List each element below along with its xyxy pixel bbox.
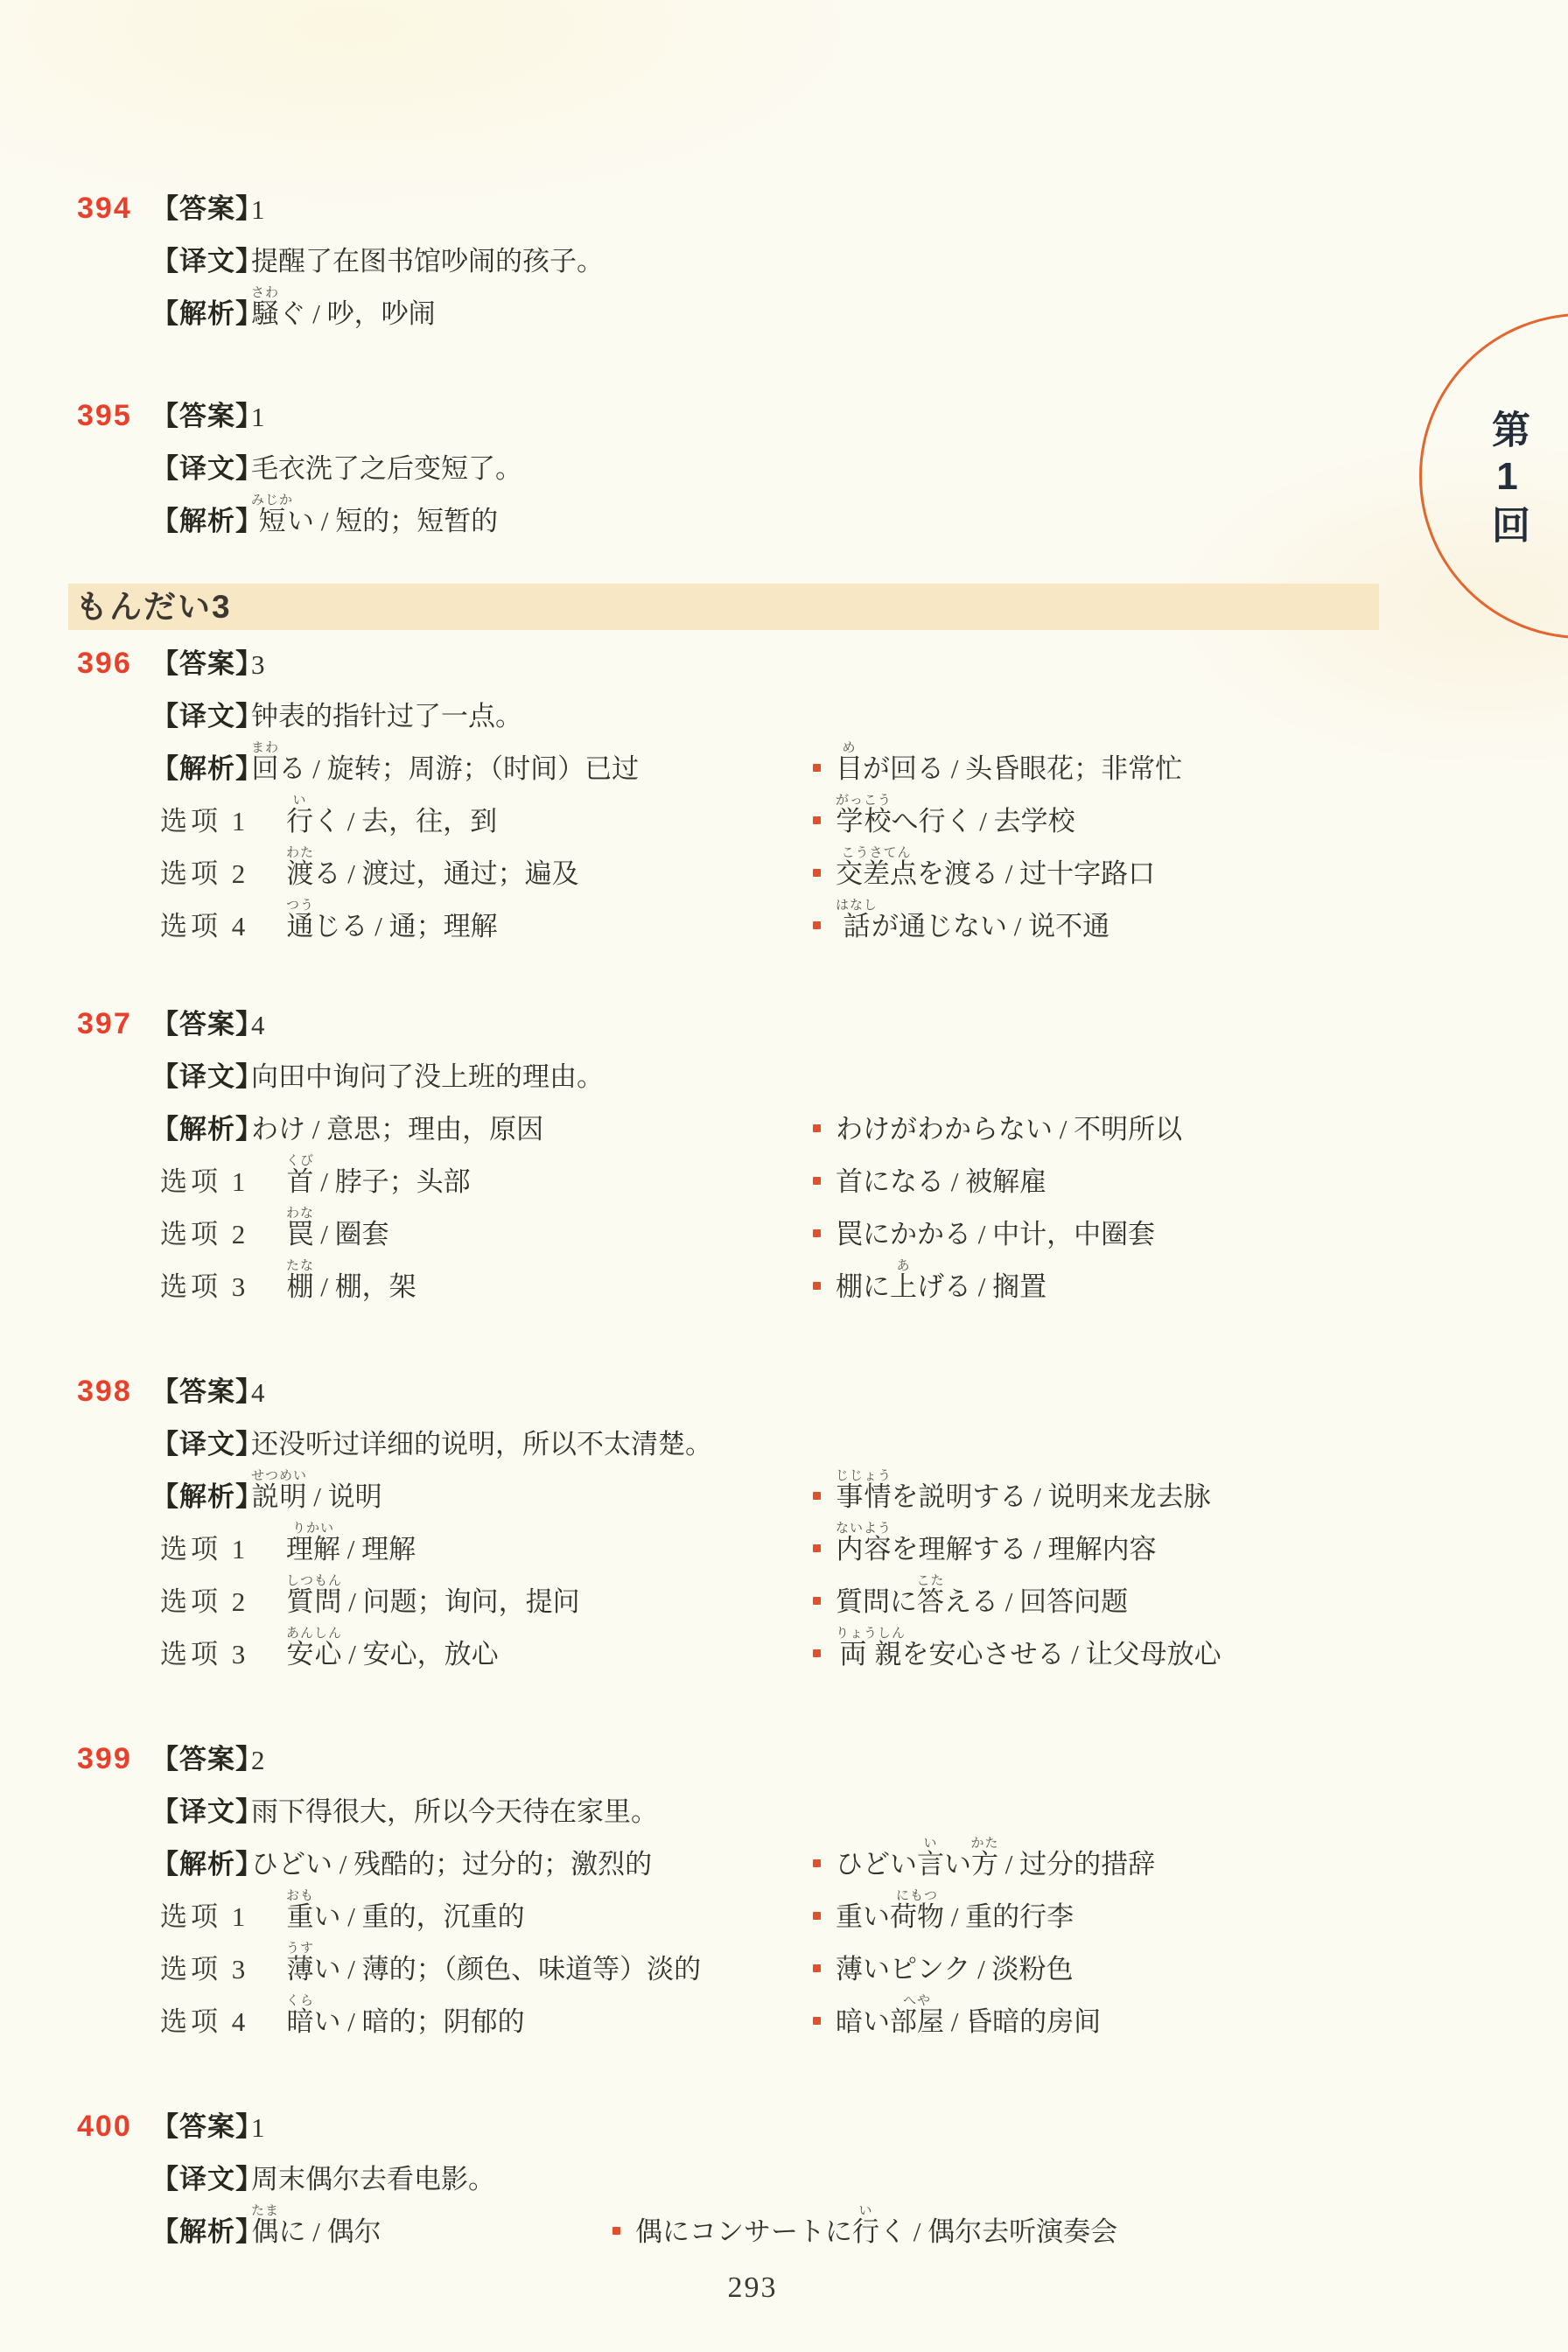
furigana: わた: [286, 845, 314, 860]
furigana: りかい: [286, 1521, 340, 1536]
cn-translation: 雨下得很大，所以今天待在家里。: [251, 1789, 658, 1829]
option-row: 选项 1理解りかい / 理解内容ないようを理解する / 理解内容: [0, 1531, 1568, 1566]
ruby-base: 方: [971, 1849, 999, 1879]
text-segment: わけがわからない / 不明所以: [836, 1114, 1182, 1144]
text-segment: ぐ / 吵，吵闹: [279, 298, 436, 329]
text-segment: じる / 通；理解: [314, 911, 498, 941]
answer-row: 400【答案】1: [0, 2109, 1568, 2144]
question-number: 397: [77, 1007, 132, 1041]
row-label: 【译文】: [151, 1789, 263, 1829]
ruby-word: 荷物にもつ: [890, 1901, 944, 1932]
row-label: 【答案】: [151, 186, 263, 226]
text-segment: い / 重的，沉重的: [314, 1901, 525, 1932]
row-label: 选项 4: [160, 904, 248, 943]
text-segment: を理解する / 理解内容: [892, 1534, 1157, 1564]
text-segment: に / 偶尔: [279, 2216, 381, 2247]
text-segment: / 圈套: [314, 1219, 389, 1249]
ruby-base: 行: [286, 806, 313, 836]
text-segment: わけ / 意思；理由，原因: [251, 1114, 543, 1144]
furigana: わな: [286, 1206, 314, 1221]
cn-translation: 向田中询问了没上班的理由。: [251, 1054, 604, 1094]
row-label: 【答案】: [151, 1002, 263, 1041]
ruby-word: 通つう: [286, 911, 314, 941]
example-expression: 暗い部屋へや / 昏暗的房间: [813, 1993, 1101, 2039]
row-label: 选项 1: [160, 1159, 248, 1199]
translation-row: 【译文】提醒了在图书馆吵闹的孩子。: [0, 243, 1568, 278]
question-number: 400: [77, 2110, 132, 2144]
ruby-word: 理解りかい: [286, 1534, 340, 1564]
text-segment: 棚に: [836, 1271, 890, 1302]
example-expression: 偶にコンサートに行いく / 偶尔去听演奏会: [612, 2203, 1117, 2249]
text-segment: / 问题；询问，提问: [342, 1586, 580, 1617]
example-expression: 学校がっこうへ行く / 去学校: [813, 793, 1075, 838]
row-label: 选项 3: [160, 1947, 248, 1986]
furigana: たま: [251, 2203, 279, 2218]
option-row: 选项 3棚たな / 棚，架棚に上あげる / 搁置: [0, 1269, 1568, 1304]
text-segment: / 理解: [340, 1534, 416, 1564]
furigana: い: [852, 2203, 879, 2218]
jp-expression: 回まわる / 旋转；周游；（时间）已过: [251, 740, 639, 786]
question-number: 395: [77, 399, 132, 433]
ruby-word: 行い: [286, 806, 313, 836]
row-label: 【解析】: [151, 1107, 263, 1146]
translation-row: 【译文】周末偶尔去看电影。: [0, 2161, 1568, 2196]
text-segment: い / 短的；短暂的: [287, 506, 498, 536]
ruby-word: 首くび: [286, 1166, 314, 1197]
ruby-word: 罠わな: [286, 1219, 314, 1249]
answer-value: 2: [251, 1745, 265, 1776]
ruby-word: 暗くら: [286, 2006, 314, 2037]
ruby-word: 渡わた: [286, 858, 314, 889]
row-label: 【解析】: [151, 1474, 263, 1514]
ruby-word: 行い: [852, 2216, 879, 2247]
answer-value: 1: [251, 194, 265, 226]
text-segment: 首になる / 被解雇: [836, 1166, 1046, 1197]
row-label: 选项 3: [160, 1264, 248, 1304]
furigana: へや: [890, 1993, 944, 2008]
ruby-word: 上あ: [890, 1271, 917, 1302]
text-segment: を渡る / 过十字路口: [917, 858, 1155, 889]
row-label: 【解析】: [151, 1842, 263, 1881]
ruby-word: 説明せつめい: [251, 1481, 307, 1512]
jp-expression: 行いく / 去，往，到: [286, 793, 497, 838]
ruby-base: 行: [852, 2216, 879, 2247]
text-segment: を安心させる / 让父母放心: [902, 1639, 1221, 1669]
row-label: 选项 1: [160, 1894, 248, 1934]
translation-row: 【译文】钟表的指针过了一点。: [0, 698, 1568, 733]
jp-expression: 短みじかい / 短的；短暂的: [251, 493, 498, 538]
example-expression: 内容ないようを理解する / 理解内容: [813, 1521, 1157, 1566]
jp-expression: ひどい / 残酷的；过分的；激烈的: [251, 1842, 652, 1881]
ruby-word: 内容ないよう: [836, 1534, 892, 1564]
text-segment: い: [944, 1849, 971, 1879]
ruby-word: 部屋へや: [890, 2006, 944, 2037]
question-number: 398: [77, 1375, 132, 1409]
translation-row: 【译文】向田中询问了没上班的理由。: [0, 1059, 1568, 1094]
jp-expression: 騒さわぐ / 吵，吵闹: [251, 285, 436, 331]
ruby-base: 首: [286, 1166, 314, 1197]
row-label: 【答案】: [151, 2104, 263, 2144]
answer-value: 1: [251, 402, 265, 433]
example-expression: わけがわからない / 不明所以: [813, 1107, 1182, 1146]
ruby-base: 上: [890, 1271, 917, 1302]
page-number: 293: [665, 2271, 840, 2305]
ruby-word: 方かた: [971, 1849, 998, 1879]
example-expression: ひどい言いい方かた / 过分的措辞: [813, 1836, 1155, 1881]
analysis-row: 【解析】偶たまに / 偶尔偶にコンサートに行いく / 偶尔去听演奏会: [0, 2214, 1568, 2249]
furigana: たな: [286, 1258, 314, 1273]
answer-value: 1: [251, 2112, 265, 2144]
book-page: もんだい3 394【答案】1【译文】提醒了在图书馆吵闹的孩子。【解析】騒さわぐ …: [0, 0, 1568, 2352]
example-expression: 両親りょうしんを安心させる / 让父母放心: [813, 1626, 1221, 1671]
row-label: 选项 2: [160, 851, 248, 891]
cn-translation: 提醒了在图书馆吵闹的孩子。: [251, 239, 604, 278]
text-segment: げる / 搁置: [917, 1271, 1046, 1302]
ruby-base: 学校: [836, 806, 892, 836]
example-expression: 棚に上あげる / 搁置: [813, 1258, 1046, 1304]
question-number: 399: [77, 1742, 132, 1776]
row-label: 【译文】: [151, 239, 263, 278]
row-label: 【译文】: [151, 694, 263, 733]
option-row: 选项 2渡わたる / 渡过，通过；遍及交差点こうさてんを渡る / 过十字路口: [0, 856, 1568, 891]
example-expression: 薄いピンク / 淡粉色: [813, 1947, 1074, 1986]
jp-expression: 渡わたる / 渡过，通过；遍及: [286, 845, 579, 891]
example-expression: 質問に答こたえる / 回答问题: [813, 1573, 1128, 1619]
row-label: 选项 2: [160, 1212, 248, 1251]
analysis-row: 【解析】短みじかい / 短的；短暂的: [0, 503, 1568, 538]
option-row: 选项 4暗くらい / 暗的；阴郁的暗い部屋へや / 昏暗的房间: [0, 2004, 1568, 2039]
row-label: 【译文】: [151, 2157, 263, 2196]
example-expression: 首になる / 被解雇: [813, 1159, 1046, 1199]
round-number-badge-label: 第1回: [1479, 409, 1535, 550]
text-segment: える / 回答问题: [944, 1586, 1128, 1617]
row-label: 【答案】: [151, 641, 263, 681]
ruby-base: 両親: [836, 1639, 906, 1669]
jp-expression: 安心あんしん / 安心，放心: [286, 1626, 499, 1671]
answer-row: 395【答案】1: [0, 398, 1568, 433]
example-expression: 交差点こうさてんを渡る / 过十字路口: [813, 845, 1155, 891]
text-segment: / 棚，架: [314, 1271, 416, 1302]
ruby-base: 交差点: [836, 858, 917, 889]
answer-value: 4: [251, 1010, 265, 1041]
row-label: 选项 1: [160, 1527, 248, 1566]
furigana: みじか: [251, 493, 293, 507]
jp-expression: 罠わな / 圈套: [286, 1206, 389, 1251]
ruby-base: 通: [286, 911, 314, 941]
option-row: 选项 3安心あんしん / 安心，放心両親りょうしんを安心させる / 让父母放心: [0, 1636, 1568, 1671]
ruby-base: 事情: [836, 1481, 892, 1512]
analysis-row: 【解析】説明せつめい / 说明事情じじょうを説明する / 说明来龙去脉: [0, 1479, 1568, 1514]
text-segment: / 昏暗的房间: [944, 2006, 1101, 2037]
ruby-base: 答: [917, 1586, 945, 1617]
ruby-word: 目め: [836, 753, 863, 784]
cn-translation: 还没听过详细的说明，所以不太清楚。: [251, 1422, 712, 1461]
example-expression: 事情じじょうを説明する / 说明来龙去脉: [813, 1468, 1211, 1514]
row-label: 【译文】: [151, 446, 263, 486]
ruby-word: 騒さわ: [251, 298, 279, 329]
furigana: あんしん: [286, 1626, 342, 1641]
ruby-word: 棚たな: [286, 1271, 314, 1302]
text-segment: い / 暗的；阴郁的: [314, 2006, 525, 2037]
analysis-row: 【解析】騒さわぐ / 吵，吵闹: [0, 296, 1568, 331]
furigana: りょうしん: [836, 1626, 906, 1641]
text-segment: く / 去，往，到: [313, 806, 497, 836]
ruby-base: 理解: [286, 1534, 340, 1564]
jp-expression: 棚たな / 棚，架: [286, 1258, 416, 1304]
ruby-word: 薄うす: [286, 1954, 314, 1984]
ruby-word: 質問しつもん: [286, 1586, 342, 1617]
furigana: あ: [890, 1258, 917, 1273]
question-number: 396: [77, 647, 132, 681]
row-label: 【解析】: [151, 291, 263, 331]
jp-expression: 説明せつめい / 说明: [251, 1468, 382, 1514]
ruby-base: 棚: [286, 1271, 314, 1302]
furigana: かた: [971, 1836, 999, 1851]
translation-row: 【译文】还没听过详细的说明，所以不太清楚。: [0, 1426, 1568, 1461]
example-expression: 話はなしが通じない / 说不通: [813, 898, 1109, 943]
ruby-word: 話はなし: [836, 911, 871, 941]
furigana: じじょう: [836, 1468, 892, 1483]
row-label: 【答案】: [151, 1737, 263, 1776]
example-expression: 重い荷物にもつ / 重的行李: [813, 1888, 1074, 1934]
ruby-base: 内容: [836, 1534, 892, 1564]
text-segment: が回る / 头昏眼花；非常忙: [863, 753, 1182, 784]
answer-row: 397【答案】4: [0, 1006, 1568, 1041]
jp-expression: 薄うすい / 薄的；（颜色、味道等）淡的: [286, 1941, 701, 1986]
text-segment: を説明する / 说明来龙去脉: [892, 1481, 1211, 1512]
jp-expression: 理解りかい / 理解: [286, 1521, 416, 1566]
row-label: 选项 4: [160, 1999, 248, 2039]
ruby-word: 答こた: [917, 1586, 944, 1617]
section-header-label: もんだい3: [75, 584, 232, 630]
text-segment: が通じない / 说不通: [871, 911, 1109, 941]
ruby-word: 交差点こうさてん: [836, 858, 917, 889]
cn-translation: 钟表的指针过了一点。: [251, 694, 522, 733]
text-segment: 罠にかかる / 中计，中圈套: [836, 1219, 1155, 1249]
text-segment: 薄いピンク / 淡粉色: [836, 1954, 1074, 1984]
jp-expression: 偶たまに / 偶尔: [251, 2203, 381, 2249]
row-label: 选项 2: [160, 1579, 248, 1619]
ruby-base: 渡: [286, 858, 314, 889]
row-label: 选项 3: [160, 1632, 248, 1671]
row-label: 选项 1: [160, 799, 248, 838]
option-row: 选项 4通つうじる / 通；理解話はなしが通じない / 说不通: [0, 908, 1568, 943]
row-label: 【解析】: [151, 499, 263, 538]
ruby-word: 重おも: [286, 1901, 314, 1932]
option-row: 选项 2罠わな / 圈套罠にかかる / 中计，中圈套: [0, 1216, 1568, 1251]
ruby-base: 部屋: [890, 2006, 944, 2037]
answer-row: 399【答案】2: [0, 1741, 1568, 1776]
jp-expression: 通つうじる / 通；理解: [286, 898, 498, 943]
furigana: まわ: [251, 740, 279, 755]
ruby-word: 偶たま: [251, 2216, 279, 2247]
ruby-base: 騒: [251, 298, 279, 329]
text-segment: / 说明: [307, 1481, 382, 1512]
text-segment: ひどい / 残酷的；过分的；激烈的: [251, 1849, 652, 1879]
row-label: 【译文】: [151, 1422, 263, 1461]
text-segment: / 重的行李: [944, 1901, 1074, 1932]
ruby-base: 質問: [286, 1586, 342, 1617]
text-segment: 重い: [836, 1901, 890, 1932]
ruby-word: 短みじか: [251, 506, 287, 536]
furigana: しつもん: [286, 1573, 342, 1588]
ruby-base: 回: [251, 753, 279, 784]
option-row: 选项 1重おもい / 重的，沉重的重い荷物にもつ / 重的行李: [0, 1899, 1568, 1934]
translation-row: 【译文】雨下得很大，所以今天待在家里。: [0, 1794, 1568, 1829]
ruby-word: 言い: [917, 1849, 944, 1879]
text-segment: 質問に: [836, 1586, 917, 1617]
jp-expression: 重おもい / 重的，沉重的: [286, 1888, 525, 1934]
furigana: め: [836, 740, 863, 755]
text-segment: く / 偶尔去听演奏会: [879, 2216, 1117, 2247]
text-segment: 暗い: [836, 2006, 890, 2037]
text-segment: る / 渡过，通过；遍及: [314, 858, 579, 889]
jp-expression: 首くび / 脖子；头部: [286, 1153, 471, 1199]
furigana: くら: [286, 1993, 314, 2008]
answer-row: 398【答案】4: [0, 1374, 1568, 1409]
answer-row: 396【答案】3: [0, 646, 1568, 681]
jp-expression: わけ / 意思；理由，原因: [251, 1107, 543, 1146]
furigana: せつめい: [251, 1468, 307, 1483]
furigana: がっこう: [836, 793, 892, 808]
furigana: おも: [286, 1888, 314, 1903]
analysis-row: 【解析】ひどい / 残酷的；过分的；激烈的ひどい言いい方かた / 过分的措辞: [0, 1846, 1568, 1881]
furigana: はなし: [836, 898, 878, 913]
text-segment: へ行く / 去学校: [892, 806, 1075, 836]
ruby-word: 回まわ: [251, 753, 279, 784]
text-segment: / 脖子；头部: [314, 1166, 471, 1197]
furigana: こうさてん: [836, 845, 917, 860]
row-label: 【解析】: [151, 2209, 263, 2249]
option-row: 选项 1行いく / 去，往，到学校がっこうへ行く / 去学校: [0, 803, 1568, 838]
furigana: こた: [917, 1573, 945, 1588]
ruby-base: 偶: [251, 2216, 279, 2247]
jp-expression: 暗くらい / 暗的；阴郁的: [286, 1993, 525, 2039]
answer-value: 4: [251, 1377, 265, 1409]
furigana: うす: [286, 1941, 314, 1956]
furigana: ないよう: [836, 1521, 892, 1536]
ruby-base: 言: [917, 1849, 944, 1879]
translation-row: 【译文】毛衣洗了之后变短了。: [0, 451, 1568, 486]
row-label: 【解析】: [151, 746, 263, 786]
option-row: 选项 1首くび / 脖子；头部首になる / 被解雇: [0, 1164, 1568, 1199]
example-expression: 目めが回る / 头昏眼花；非常忙: [813, 740, 1182, 786]
ruby-base: 荷物: [890, 1901, 944, 1932]
analysis-row: 【解析】回まわる / 旋转；周游；（时间）已过目めが回る / 头昏眼花；非常忙: [0, 751, 1568, 786]
analysis-row: 【解析】わけ / 意思；理由，原因わけがわからない / 不明所以: [0, 1111, 1568, 1146]
cn-translation: 毛衣洗了之后变短了。: [251, 446, 522, 486]
ruby-word: 両親りょうしん: [836, 1639, 902, 1669]
text-segment: 偶にコンサートに: [635, 2216, 852, 2247]
furigana: にもつ: [890, 1888, 944, 1903]
option-row: 选项 3薄うすい / 薄的；（颜色、味道等）淡的薄いピンク / 淡粉色: [0, 1951, 1568, 1986]
option-row: 选项 2質問しつもん / 问题；询问，提问質問に答こたえる / 回答问题: [0, 1584, 1568, 1619]
text-segment: い / 薄的；（颜色、味道等）淡的: [314, 1954, 702, 1984]
ruby-word: 学校がっこう: [836, 806, 892, 836]
question-number: 394: [77, 192, 132, 226]
ruby-word: 事情じじょう: [836, 1481, 892, 1512]
row-label: 【答案】: [151, 394, 263, 433]
furigana: つう: [286, 898, 314, 913]
text-segment: / 过分的措辞: [998, 1849, 1155, 1879]
furigana: い: [917, 1836, 944, 1851]
ruby-word: 安心あんしん: [286, 1639, 342, 1669]
example-expression: 罠にかかる / 中计，中圈套: [813, 1212, 1155, 1251]
ruby-base: 目: [836, 753, 863, 784]
ruby-base: 説明: [251, 1481, 307, 1512]
ruby-base: 薄: [286, 1954, 314, 1984]
answer-row: 394【答案】1: [0, 191, 1568, 226]
furigana: い: [286, 793, 313, 808]
text-segment: ひどい: [836, 1849, 917, 1879]
ruby-base: 罠: [286, 1219, 314, 1249]
answer-value: 3: [251, 649, 265, 681]
section-header-bar: もんだい3: [68, 584, 1379, 630]
jp-expression: 質問しつもん / 问题；询问，提问: [286, 1573, 580, 1619]
furigana: くび: [286, 1153, 314, 1168]
ruby-base: 安心: [286, 1639, 342, 1669]
ruby-base: 暗: [286, 2006, 314, 2037]
text-segment: / 安心，放心: [342, 1639, 499, 1669]
cn-translation: 周末偶尔去看电影。: [251, 2157, 495, 2196]
row-label: 【答案】: [151, 1369, 263, 1409]
text-segment: る / 旋转；周游；（时间）已过: [279, 753, 640, 784]
row-label: 【译文】: [151, 1054, 263, 1094]
ruby-base: 重: [286, 1901, 314, 1932]
furigana: さわ: [251, 285, 279, 300]
